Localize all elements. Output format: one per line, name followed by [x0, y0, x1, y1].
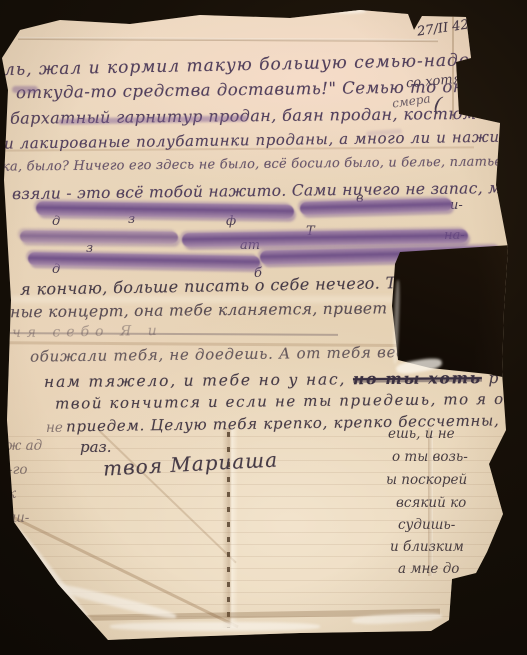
right-column-fragment: а мне до — [398, 561, 459, 577]
right-column-fragment: и близким — [390, 539, 464, 555]
letter-line: твой кончится и если не ты приедешь, то … — [55, 389, 527, 412]
censored-line-stroke — [20, 230, 178, 243]
right-column-fragment: ешь, и не — [388, 426, 455, 442]
left-edge-fragment: к — [8, 486, 16, 502]
censored-line-stroke — [300, 198, 452, 215]
left-edge-fragment: не — [46, 420, 63, 436]
letter-line-with-strikeout: нам тяжело, и тебе но у нас, но ты хоть … — [44, 368, 500, 391]
torn-edge-highlight — [49, 580, 178, 621]
left-edge-fragment: о- — [12, 535, 25, 551]
censored-line-stroke — [182, 229, 468, 247]
faded-line: чя себо Я и — [12, 323, 163, 341]
signature: твоя Мариаша — [102, 447, 278, 480]
letter-line: ка, было? Ничего его здесь не было, всё … — [2, 154, 507, 174]
right-column-fragment: судишь- — [398, 517, 455, 533]
left-edge-fragment: д — [16, 560, 25, 576]
stray-ink-mark: д — [52, 214, 60, 229]
torn-edge-highlight — [8, 520, 100, 635]
top-flap-edge — [18, 37, 438, 42]
line-segment: нам тяжело, и тебе но у нас, — [44, 370, 353, 391]
letter-line: и лакированые полубатинки проданы, а мно… — [4, 127, 524, 152]
closing-word: раз. — [80, 438, 112, 456]
purple-smudge — [12, 86, 38, 93]
right-column-fragment: всякий ко — [396, 495, 466, 511]
censored-line-stroke — [36, 201, 294, 219]
torn-edge-highlight — [110, 622, 320, 631]
left-edge-fragment: ж ад — [6, 438, 42, 454]
letter-line: ные концерт, она тебе кланяется, привет … — [10, 299, 452, 322]
letter-paper: 27/II 42 г. ль, жал и кормил такую больш… — [0, 0, 527, 655]
letter-line: я кончаю, больше писать о себе нечего. Т… — [20, 272, 456, 299]
right-column-fragment: ы поскорей — [386, 472, 467, 488]
torn-edge-highlight — [352, 612, 442, 626]
diagonal-crease — [13, 516, 239, 628]
left-edge-fragment: а-го — [0, 462, 28, 478]
censored-line-stroke — [28, 252, 260, 269]
photo-of-letter: 27/II 42 г. ль, жал и кормил такую больш… — [0, 0, 527, 655]
letter-line: приедем. Целую тебя крепко, крепко бессч… — [66, 411, 527, 436]
torn-edge-highlight — [296, 5, 366, 14]
date-note: 27/II 42 г. — [416, 15, 484, 39]
right-column-fragment: о ты возь- — [392, 449, 468, 465]
left-edge-fragment: ш- — [12, 510, 29, 526]
